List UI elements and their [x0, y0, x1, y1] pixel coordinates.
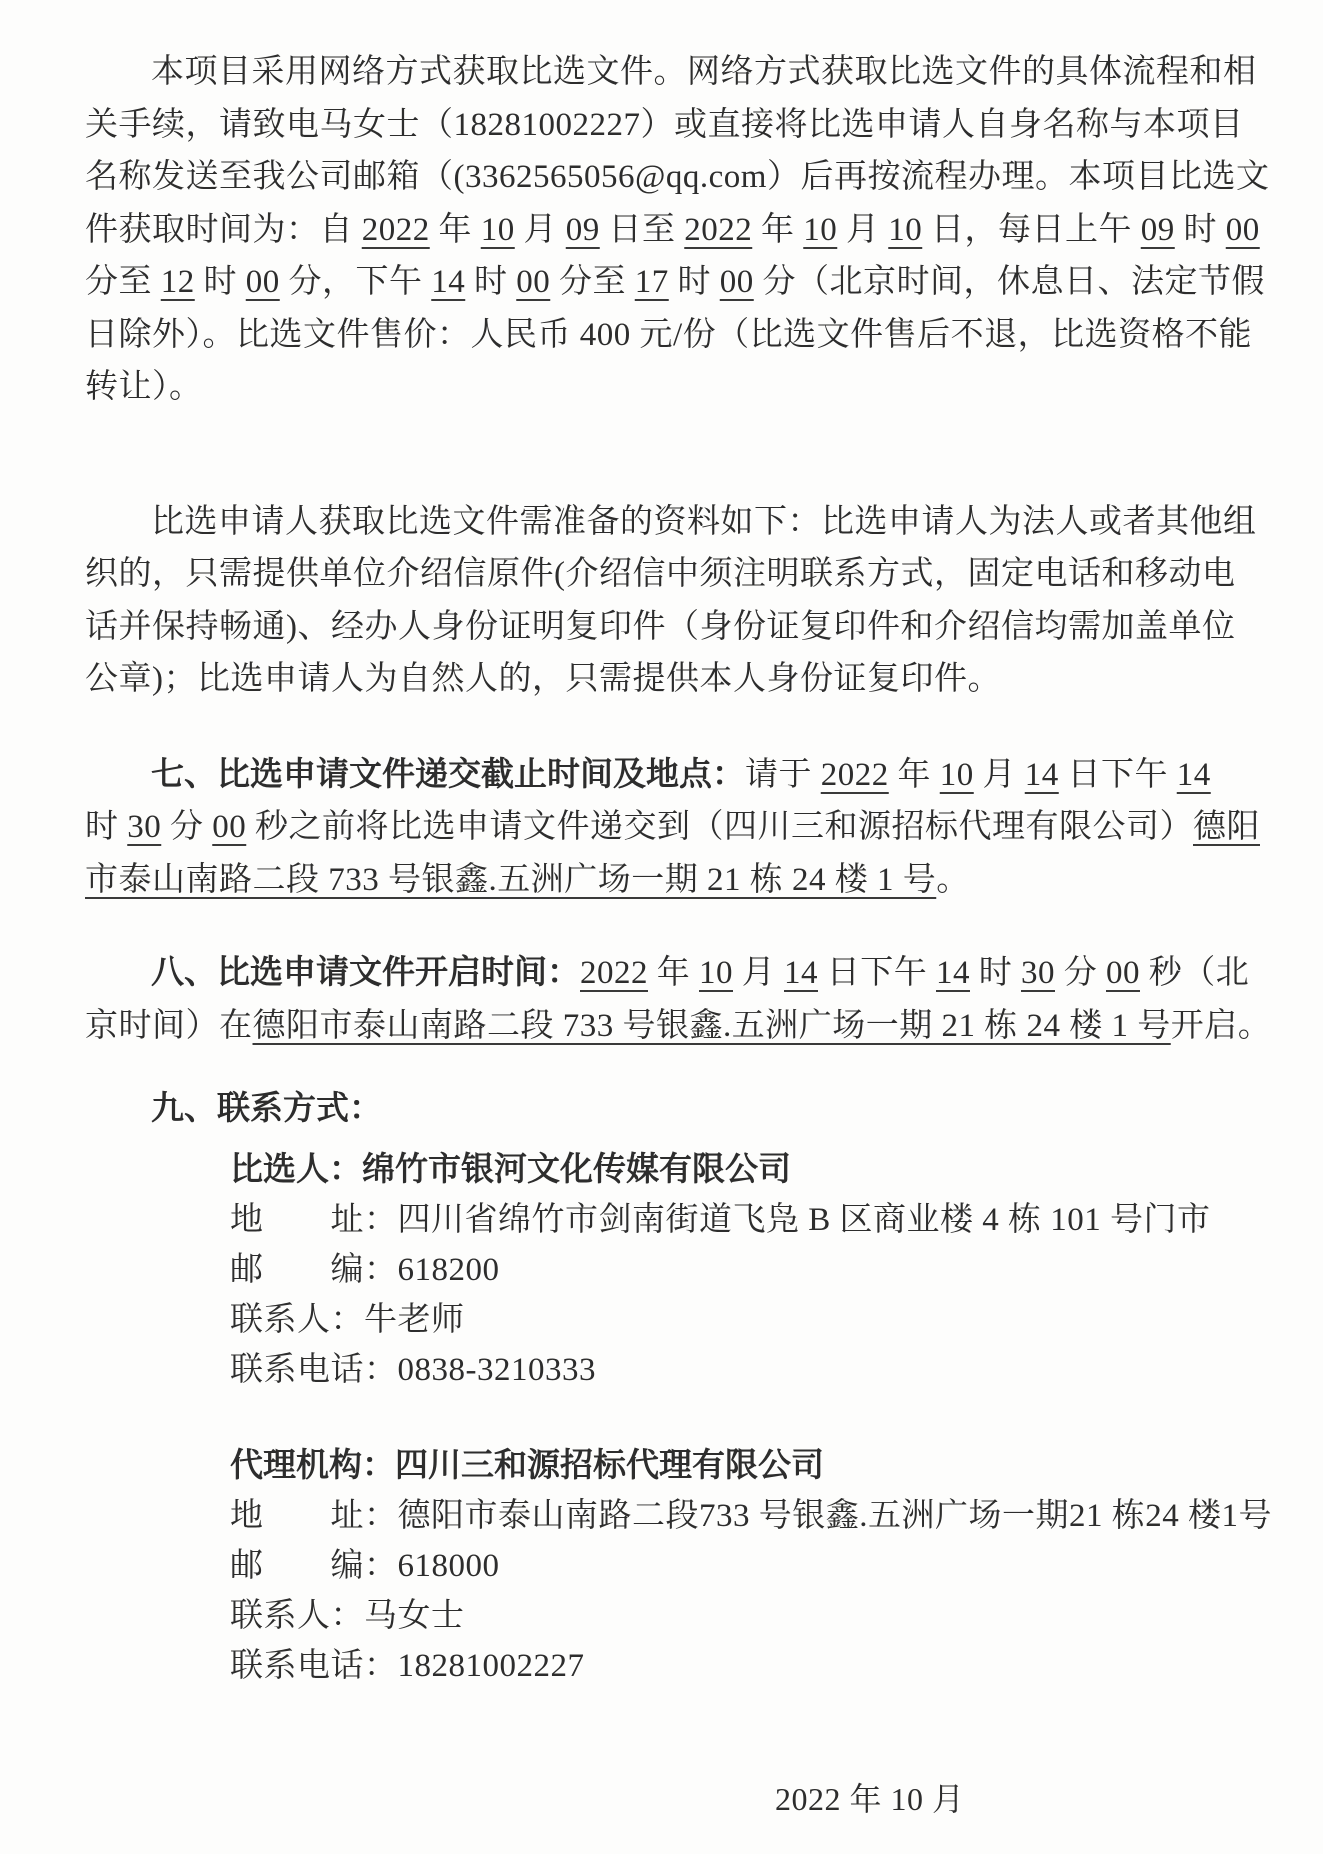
- text-line: 名称发送至我公司邮箱（(3362565056@qq.com）后再按流程办理。本项…: [85, 151, 1240, 204]
- underlined-value: 14: [1177, 757, 1211, 793]
- text-segment: 联系电话：0838-3210333: [230, 1352, 596, 1388]
- text-line: 七、比选申请文件递交截止时间及地点：请于 2022 年 10 月 14 日下午 …: [85, 748, 1240, 802]
- text-line: 转让）。: [85, 361, 1240, 414]
- text-segment: 时: [669, 264, 720, 300]
- contact-block-bixuanren: 比选人：绵竹市银河文化传媒有限公司地 址：四川省绵竹市剑南街道飞凫 B 区商业楼…: [230, 1144, 1240, 1395]
- text-line: 代理机构：四川三和源招标代理有限公司: [230, 1440, 1240, 1491]
- text-segment: 名称发送至我公司邮箱（(3362565056@qq.com）后再按流程办理。本项…: [85, 159, 1269, 195]
- text-segment: 分: [161, 809, 212, 845]
- text-segment: 月: [974, 757, 1025, 793]
- underlined-value: 10: [481, 212, 515, 248]
- underlined-value: 00: [1226, 212, 1260, 248]
- text-line: 邮 编：618200: [230, 1245, 1240, 1295]
- text-segment: 年: [648, 955, 699, 991]
- text-line: 市泰山南路二段 733 号银鑫.五洲广场一期 21 栋 24 楼 1 号。: [85, 854, 1240, 907]
- text-line: 件获取时间为：自 2022 年 10 月 09 日至 2022 年 10 月 1…: [85, 204, 1240, 257]
- text-segment: 联系人：马女士: [230, 1598, 465, 1634]
- text-segment: 时: [195, 264, 246, 300]
- text-segment: 织的，只需提供单位介绍信原件(介绍信中须注明联系方式，固定电话和移动电: [85, 556, 1236, 592]
- text-segment: 分至: [550, 264, 635, 300]
- underlined-value: 10: [940, 757, 974, 793]
- text-segment: 本项目采用网络方式获取比选文件。网络方式获取比选文件的具体流程和相: [151, 54, 1257, 90]
- underlined-value: 德阳: [1193, 809, 1260, 845]
- bold-heading: 八、比选申请文件开启时间：: [151, 953, 580, 990]
- text-line: 京时间）在德阳市泰山南路二段 733 号银鑫.五洲广场一期 21 栋 24 楼 …: [85, 1000, 1240, 1053]
- underlined-value: 09: [566, 212, 600, 248]
- underlined-value: 市泰山南路二段 733 号银鑫.五洲广场一期 21 栋 24 楼 1 号: [85, 862, 936, 898]
- text-line: 话并保持畅通)、经办人身份证明复印件（身份证复印件和介绍信均需加盖单位: [85, 601, 1240, 654]
- paragraph-file-acquisition: 本项目采用网络方式获取比选文件。网络方式获取比选文件的具体流程和相关手续，请致电…: [85, 46, 1240, 414]
- text-line: 联系人：牛老师: [230, 1295, 1240, 1345]
- underlined-value: 2022: [684, 212, 752, 248]
- text-segment: 话并保持畅通)、经办人身份证明复印件（身份证复印件和介绍信均需加盖单位: [85, 609, 1236, 645]
- bold-heading: 比选人：绵竹市银河文化传媒有限公司: [230, 1150, 791, 1187]
- bold-heading: 代理机构：四川三和源招标代理有限公司: [230, 1446, 824, 1483]
- bold-heading: 七、比选申请文件递交截止时间及地点：: [151, 755, 745, 792]
- text-segment: 分: [1055, 955, 1106, 991]
- section-7-submission-deadline: 七、比选申请文件递交截止时间及地点：请于 2022 年 10 月 14 日下午 …: [85, 748, 1240, 907]
- paragraph-required-materials: 比选申请人获取比选文件需准备的资料如下：比选申请人为法人或者其他组织的，只需提供…: [85, 496, 1240, 706]
- underlined-value: 10: [888, 212, 922, 248]
- text-line: 日除外）。比选文件售价：人民币 400 元/份（比选文件售后不退，比选资格不能: [85, 309, 1240, 362]
- text-line: 本项目采用网络方式获取比选文件。网络方式获取比选文件的具体流程和相: [85, 46, 1240, 99]
- footer-date: 2022 年 10 月: [85, 1777, 1240, 1821]
- underlined-value: 00: [246, 264, 280, 300]
- text-segment: 年: [430, 212, 481, 248]
- text-segment: 年: [889, 757, 940, 793]
- text-segment: 时: [465, 264, 516, 300]
- underlined-value: 14: [431, 264, 465, 300]
- text-segment: 请于: [745, 757, 821, 793]
- text-segment: 公章)；比选申请人为自然人的，只需提供本人身份证复印件。: [85, 661, 1001, 697]
- underlined-value: 17: [635, 264, 669, 300]
- text-segment: 比选申请人获取比选文件需准备的资料如下：比选申请人为法人或者其他组: [151, 504, 1257, 540]
- text-line: 地 址：四川省绵竹市剑南街道飞凫 B 区商业楼 4 栋 101 号门市: [230, 1195, 1240, 1245]
- text-segment: 秒（北: [1140, 955, 1249, 991]
- text-segment: 地 址：四川省绵竹市剑南街道飞凫 B 区商业楼 4 栋 101 号门市: [230, 1202, 1211, 1238]
- scanned-document-page: 本项目采用网络方式获取比选文件。网络方式获取比选文件的具体流程和相关手续，请致电…: [0, 0, 1323, 1854]
- text-segment: 转让）。: [85, 369, 203, 405]
- text-segment: 关手续，请致电马女士（18281002227）或直接将比选申请人自身名称与本项目: [85, 107, 1244, 143]
- text-segment: 京时间）在: [85, 1008, 253, 1044]
- text-line: 九、联系方式：: [85, 1082, 1240, 1136]
- underlined-value: 00: [212, 809, 246, 845]
- text-segment: 分，下午: [280, 264, 432, 300]
- section-9-contact-heading: 九、联系方式：: [85, 1082, 1240, 1136]
- underlined-value: 2022: [580, 955, 648, 991]
- text-segment: 分至: [85, 264, 161, 300]
- text-segment: 邮 编：618200: [230, 1252, 500, 1288]
- text-segment: 年: [752, 212, 803, 248]
- underlined-value: 10: [803, 212, 837, 248]
- bold-heading: 九、联系方式：: [151, 1089, 382, 1126]
- text-line: 时 30 分 00 秒之前将比选申请文件递交到（四川三和源招标代理有限公司）德阳: [85, 801, 1240, 854]
- underlined-value: 12: [161, 264, 195, 300]
- text-segment: 月: [837, 212, 888, 248]
- text-segment: 日，每日上午: [922, 212, 1141, 248]
- text-line: 八、比选申请文件开启时间：2022 年 10 月 14 日下午 14 时 30 …: [85, 946, 1240, 1000]
- text-segment: 分（北京时间，休息日、法定节假: [754, 264, 1265, 300]
- text-segment: 时: [1175, 212, 1226, 248]
- text-line: 关手续，请致电马女士（18281002227）或直接将比选申请人自身名称与本项目: [85, 99, 1240, 152]
- text-segment: 件获取时间为：自: [85, 212, 362, 248]
- text-line: 分至 12 时 00 分，下午 14 时 00 分至 17 时 00 分（北京时…: [85, 256, 1240, 309]
- text-segment: 邮 编：618000: [230, 1548, 500, 1584]
- text-segment: 月: [515, 212, 566, 248]
- text-segment: 地 址：德阳市泰山南路二段733 号银鑫.五洲广场一期21 栋24 楼1号: [230, 1498, 1272, 1534]
- text-segment: 联系电话：18281002227: [230, 1648, 585, 1684]
- text-line: 联系电话：18281002227: [230, 1641, 1240, 1691]
- contact-block-agency: 代理机构：四川三和源招标代理有限公司地 址：德阳市泰山南路二段733 号银鑫.五…: [230, 1440, 1240, 1691]
- text-segment: 开启。: [1171, 1008, 1272, 1044]
- underlined-value: 14: [784, 955, 818, 991]
- underlined-value: 00: [516, 264, 550, 300]
- text-segment: 月: [733, 955, 784, 991]
- text-segment: 日下午: [818, 955, 936, 991]
- text-line: 织的，只需提供单位介绍信原件(介绍信中须注明联系方式，固定电话和移动电: [85, 548, 1240, 601]
- underlined-value: 30: [127, 809, 161, 845]
- underlined-value: 10: [699, 955, 733, 991]
- underlined-value: 00: [720, 264, 754, 300]
- text-line: 公章)；比选申请人为自然人的，只需提供本人身份证复印件。: [85, 653, 1240, 706]
- text-line: 联系人：马女士: [230, 1591, 1240, 1641]
- text-line: 比选人：绵竹市银河文化传媒有限公司: [230, 1144, 1240, 1195]
- underlined-value: 2022: [362, 212, 430, 248]
- text-segment: 日至: [600, 212, 685, 248]
- underlined-value: 30: [1021, 955, 1055, 991]
- underlined-value: 09: [1141, 212, 1175, 248]
- text-line: 联系电话：0838-3210333: [230, 1345, 1240, 1395]
- text-segment: 。: [936, 862, 970, 898]
- underlined-value: 14: [936, 955, 970, 991]
- text-segment: 时: [85, 809, 127, 845]
- text-line: 邮 编：618000: [230, 1541, 1240, 1591]
- text-segment: 秒之前将比选申请文件递交到（四川三和源招标代理有限公司）: [246, 809, 1193, 845]
- underlined-value: 14: [1025, 757, 1059, 793]
- underlined-value: 2022: [821, 757, 889, 793]
- underlined-value: 00: [1106, 955, 1140, 991]
- text-segment: 联系人：牛老师: [230, 1302, 465, 1338]
- text-segment: 日下午: [1059, 757, 1177, 793]
- document-body: 本项目采用网络方式获取比选文件。网络方式获取比选文件的具体流程和相关手续，请致电…: [85, 46, 1240, 1691]
- text-line: 比选申请人获取比选文件需准备的资料如下：比选申请人为法人或者其他组: [85, 496, 1240, 549]
- section-8-opening-time: 八、比选申请文件开启时间：2022 年 10 月 14 日下午 14 时 30 …: [85, 946, 1240, 1052]
- text-segment: 日除外）。比选文件售价：人民币 400 元/份（比选文件售后不退，比选资格不能: [85, 317, 1252, 353]
- text-segment: 时: [970, 955, 1021, 991]
- text-line: 地 址：德阳市泰山南路二段733 号银鑫.五洲广场一期21 栋24 楼1号: [230, 1491, 1240, 1541]
- underlined-value: 德阳市泰山南路二段 733 号银鑫.五洲广场一期 21 栋 24 楼 1 号: [253, 1008, 1171, 1044]
